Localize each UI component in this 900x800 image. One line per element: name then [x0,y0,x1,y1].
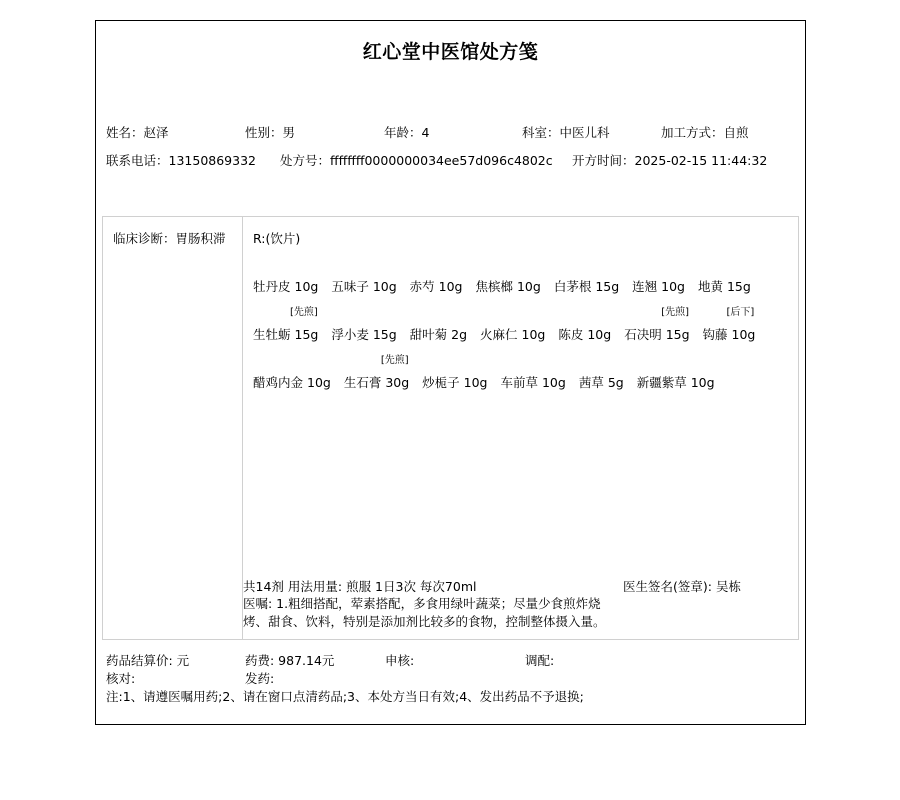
doctor-signature: 医生签名(签章): 吴栋 [623,577,741,595]
patient-name: 姓名：赵泽 [106,123,169,141]
herb-line-2: [先煎]生牡蛎 15g 浮小麦 15g 甜叶菊 2g 火麻仁 10g 陈皮 10… [253,325,764,343]
herb-note: [先煎] [290,303,318,318]
issue-field: 发药: [245,669,274,687]
settlement-price: 药品结算价: 元 [106,651,189,669]
herb-item: 地黄 15g [698,277,751,295]
herb-item: 炒栀子 10g [422,373,487,391]
prescription-sheet: 红心堂中医馆处方笺 姓名：赵泽 性别：男 年龄：4 科室：中医儿科 加工方式：自… [95,20,806,725]
patient-gender: 性别：男 [245,123,295,141]
herb-item: [先煎]生牡蛎 15g [253,325,318,343]
herb-item: 连翘 10g [632,277,685,295]
medical-advice: 医嘱: 1.粗细搭配，荤素搭配，多食用绿叶蔬菜；尽量少食煎炸烧烤、甜食、饮料，特… [243,595,623,631]
notice-text: 注:1、请遵医嘱用药;2、请在窗口点清药品;3、本处方当日有效;4、发出药品不予… [106,687,584,705]
herb-item: 醋鸡内金 10g [253,373,331,391]
herb-item: [后下]钩藤 10g [703,325,756,343]
herb-item: 牡丹皮 10g [253,277,318,295]
herb-item: 火麻仁 10g [480,325,545,343]
phone-number: 联系电话：13150869332 [106,151,256,169]
herb-item: 车前草 10g [500,373,565,391]
usage-dosage: 共14剂 用法用量: 煎服 1日3次 每次70ml [243,577,476,595]
review-field: 申核: [385,651,414,669]
rx-header: R:(饮片) [253,229,300,247]
check-field: 核对: [106,669,135,687]
herb-item: 白茅根 15g [554,277,619,295]
herb-note: [先煎] [661,303,689,318]
patient-age: 年龄：4 [384,123,429,141]
herb-note: [后下] [727,303,755,318]
herb-item: 浮小麦 15g [331,325,396,343]
herb-item: [先煎]生石膏 30g [344,373,409,391]
herb-item: [先煎]石决明 15g [624,325,689,343]
herb-item: 五味子 10g [331,277,396,295]
herb-item: 赤芍 10g [410,277,463,295]
clinical-diagnosis: 临床诊断：胃肠积滞 [113,229,226,247]
herb-line-1: 牡丹皮 10g 五味子 10g 赤芍 10g 焦槟榔 10g 白茅根 15g 连… [253,277,760,295]
herb-note: [先煎] [381,351,409,366]
herb-item: 茜草 5g [579,373,624,391]
dispense-field: 调配: [525,651,554,669]
drug-fee: 药费: 987.14元 [245,651,334,669]
department: 科室：中医儿科 [522,123,610,141]
prescription-number: 处方号：ffffffff0000000034ee57d096c4802c [280,151,553,169]
column-divider [242,217,243,639]
herb-item: 焦槟榔 10g [475,277,540,295]
page-title: 红心堂中医馆处方笺 [96,37,805,64]
herb-item: 新疆紫草 10g [637,373,715,391]
prescription-box: 临床诊断：胃肠积滞 R:(饮片) 牡丹皮 10g 五味子 10g 赤芍 10g … [102,216,799,640]
herb-item: 陈皮 10g [558,325,611,343]
prescription-time: 开方时间：2025-02-15 11:44:32 [572,151,767,169]
herb-item: 甜叶菊 2g [410,325,467,343]
herb-line-3: 醋鸡内金 10g [先煎]生石膏 30g 炒栀子 10g 车前草 10g 茜草 … [253,373,724,391]
processing-method: 加工方式：自煎 [661,123,749,141]
